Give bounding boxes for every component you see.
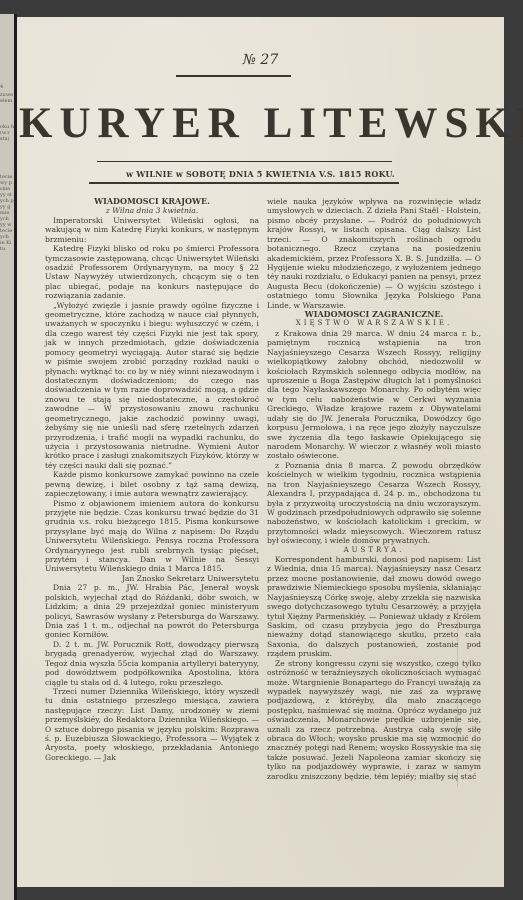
previous-page-edge: 4 zuwe elem oku h (w.r sta) tecie wy p s… bbox=[0, 14, 15, 900]
paragraph: „Wyłożyć zwięzle i jasnie prawdy ogólne … bbox=[45, 301, 259, 471]
signature: Jan Znosko Sekretarz Uniwersytetu bbox=[45, 574, 259, 583]
news-item: Dnia 27 p. m., JW. Hrabia Pác, Jenerał w… bbox=[45, 583, 259, 640]
section-dateline: z Wilna dnia 3 kwietnia. bbox=[45, 206, 259, 215]
right-column: wiele nauka języków wpływa na rozwinięci… bbox=[267, 197, 481, 781]
dateline-rule-top bbox=[97, 161, 392, 162]
continuation-paragraph: wiele nauka języków wpływa na rozwinięci… bbox=[267, 197, 481, 310]
section-heading: WIADOMOSCI KRAJOWE. bbox=[45, 197, 259, 206]
dateline: w WILNIE w SOBOTĘ DNIA 5 KWIETNIA V.S. 1… bbox=[17, 169, 504, 179]
news-item: D. 2 t. m. JW. Porucznik Rott, dowodzący… bbox=[45, 640, 259, 687]
paragraph: Imperatorski Uniwersytet Wileński ogłosi… bbox=[45, 216, 259, 244]
dateline-rule-bottom bbox=[89, 182, 399, 184]
newspaper-page: № 27 KURYER LITEWSKI w WILNIE w SOBOTĘ D… bbox=[17, 17, 504, 887]
masthead-title: KURYER LITEWSKI bbox=[19, 99, 504, 148]
section-heading: WIADOMOSCI ZAGRANICZNE. bbox=[267, 310, 481, 319]
paragraph: Każde pismo konkursowe zamykać powinno n… bbox=[45, 470, 259, 498]
subsection-title: AUSTRYA. bbox=[267, 546, 481, 555]
paragraph: Ze strony kongressu czyni się wszystko, … bbox=[267, 659, 481, 781]
issue-number: № 27 bbox=[17, 52, 504, 68]
paragraph: Korrespondent hamburski, donosi pod napi… bbox=[267, 555, 481, 659]
paper-fold-line bbox=[457, 607, 458, 787]
paragraph: Pismo z objawionem imieniem autora do ko… bbox=[45, 499, 259, 574]
news-item: Trzeci numer Dziennika Wileńskiego, któr… bbox=[45, 687, 259, 762]
paragraph: Katedrę Fizyki blisko od roku po śmierci… bbox=[45, 244, 259, 301]
paragraph: z Poznania dnia 8 marca. Z powodu obrzęd… bbox=[267, 461, 481, 546]
left-column: WIADOMOSCI KRAJOWE. z Wilna dnia 3 kwiet… bbox=[45, 197, 259, 762]
issue-rule bbox=[176, 75, 291, 77]
subsection-title: XIĘSTWO WARSZAWSKIE. bbox=[267, 319, 481, 328]
paragraph: z Krakowa dnia 29 marca. W dniu 24 marca… bbox=[267, 329, 481, 461]
